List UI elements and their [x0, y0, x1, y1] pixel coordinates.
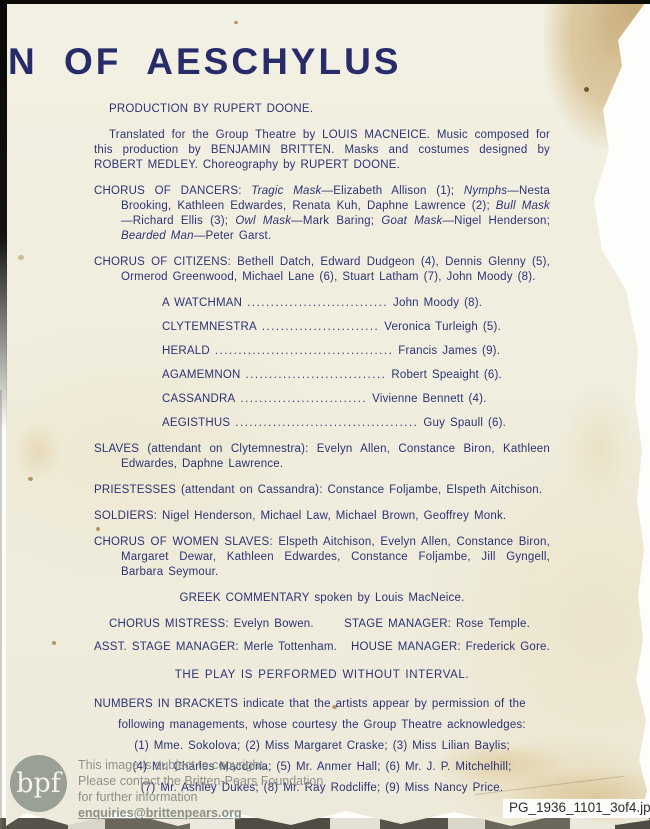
cast-role: CASSANDRA	[162, 393, 235, 405]
enquiries-email-link[interactable]: enquiries@brittenpears.org	[78, 805, 242, 821]
cast-row-watchman: A WATCHMAN..............................…	[162, 296, 550, 311]
house-manager-credit: HOUSE MANAGER: Frederick Gore.	[351, 640, 550, 655]
cast-row-cassandra: CASSANDRA...........................Vivi…	[162, 392, 550, 407]
watermark-line-2: Please contact the Britten-Pears Foundat…	[78, 773, 323, 789]
cast-name: Francis James (9).	[398, 345, 500, 357]
paper-speck	[28, 477, 33, 481]
watermark-line-1: This image is subject to copyright.	[78, 757, 323, 773]
paper-edge-left-line	[0, 390, 2, 829]
stain-mid-right	[562, 381, 636, 511]
cast-role: CLYTEMNESTRA	[162, 321, 257, 333]
cast-name: John Moody (8).	[393, 297, 482, 309]
mask-name-italic: Owl Mask	[235, 215, 291, 227]
mask-name-italic: Goat Mask	[381, 215, 442, 227]
cast-name: Robert Speaight (6).	[391, 369, 502, 381]
scan-edge-top	[0, 0, 650, 4]
programme-content: PRODUCTION BY RUPERT DOONE. Translated f…	[94, 102, 550, 802]
scanned-programme-page: N OF AESCHYLUS PRODUCTION BY RUPERT DOON…	[0, 0, 650, 829]
credits-paragraph: Translated for the Group Theatre by LOUI…	[94, 128, 550, 173]
managements-line-1: (1) Mme. Sokolova; (2) Miss Margaret Cra…	[94, 739, 550, 754]
cast-row-clytemnestra: CLYTEMNESTRA.........................Ver…	[162, 320, 550, 335]
dot-leader: ..............................	[247, 297, 388, 309]
dancers-text: —Mark Baring;	[291, 215, 381, 227]
page-title: N OF AESCHYLUS	[8, 41, 401, 83]
paper-speck	[234, 21, 238, 24]
dancers-text: —Nigel Henderson;	[442, 215, 550, 227]
cast-role: AEGISTHUS	[162, 417, 230, 429]
no-interval-line: THE PLAY IS PERFORMED WITHOUT INTERVAL.	[94, 668, 550, 683]
numbers-note-line2: following managements, whose courtesy th…	[94, 718, 550, 733]
paper-speck	[52, 641, 56, 645]
dot-leader: ..............................	[245, 369, 386, 381]
paper-speck	[18, 255, 24, 260]
dancers-text: —Richard Ellis (3);	[121, 215, 235, 227]
stain-left	[14, 421, 62, 481]
production-credit: PRODUCTION BY RUPERT DOONE.	[94, 102, 550, 117]
staff-row-1: CHORUS MISTRESS: Evelyn Bowen. STAGE MAN…	[94, 617, 550, 632]
priestesses-paragraph: PRIESTESSES (attendant on Cassandra): Co…	[94, 483, 550, 498]
stage-manager-credit: STAGE MANAGER: Rose Temple.	[344, 617, 530, 632]
paper-sheet: N OF AESCHYLUS PRODUCTION BY RUPERT DOON…	[6, 3, 650, 829]
dot-leader: .......................................	[235, 417, 418, 429]
filename-label: PG_1936_1101_3of4.jpg	[503, 799, 650, 818]
cast-row-herald: HERALD..................................…	[162, 344, 550, 359]
cast-row-aegisthus: AEGISTHUS...............................…	[162, 416, 550, 431]
greek-commentary-line: GREEK COMMENTARY spoken by Louis MacNeic…	[94, 591, 550, 606]
scan-edge-left	[0, 0, 7, 430]
dancers-text: —Peter Garst.	[194, 230, 272, 242]
chorus-mistress-credit: CHORUS MISTRESS: Evelyn Bowen.	[109, 617, 314, 632]
dancers-text: —Elizabeth Allison (1);	[322, 185, 464, 197]
cast-name: Veronica Turleigh (5).	[384, 321, 501, 333]
watermark-line-3: for further information	[78, 789, 323, 805]
bpf-logo-text: bpf	[16, 770, 61, 797]
cast-name: Guy Spaull (6).	[423, 417, 506, 429]
stain-top-right-dark	[592, 3, 650, 61]
dancers-text: CHORUS OF DANCERS:	[94, 185, 251, 197]
mask-name-italic: Bearded Man	[121, 230, 194, 242]
dot-leader: ......................................	[215, 345, 393, 357]
mask-name-italic: Bull Mask	[496, 200, 550, 212]
dot-leader: ...........................	[240, 393, 367, 405]
stain-top-right	[544, 3, 650, 148]
bpf-logo: bpf	[10, 755, 67, 812]
cast-row-agamemnon: AGAMEMNON..............................R…	[162, 368, 550, 383]
chorus-citizens-paragraph: CHORUS OF CITIZENS: Bethell Datch, Edwar…	[94, 255, 550, 285]
cast-list: A WATCHMAN..............................…	[94, 296, 550, 431]
cast-role: A WATCHMAN	[162, 297, 242, 309]
slaves-paragraph: SLAVES (attendant on Clytemnestra): Evel…	[94, 442, 550, 472]
chorus-dancers-paragraph: CHORUS OF DANCERS: Tragic Mask—Elizabeth…	[94, 184, 550, 244]
soldiers-paragraph: SOLDIERS: Nigel Henderson, Michael Law, …	[94, 509, 550, 524]
paper-speck	[584, 87, 589, 92]
staff-row-2: ASST. STAGE MANAGER: Merle Tottenham. HO…	[94, 640, 550, 655]
copyright-watermark: bpf This image is subject to copyright. …	[10, 755, 323, 821]
cast-role: HERALD	[162, 345, 210, 357]
mask-name-italic: Tragic Mask	[251, 185, 321, 197]
watermark-text: This image is subject to copyright. Plea…	[78, 755, 323, 821]
numbers-note-line1: NUMBERS IN BRACKETS indicate that the ar…	[94, 697, 550, 712]
dot-leader: .........................	[262, 321, 379, 333]
women-slaves-paragraph: CHORUS OF WOMEN SLAVES: Elspeth Aitchiso…	[94, 535, 550, 580]
mask-name-italic: Nymphs	[464, 185, 507, 197]
asst-stage-manager-credit: ASST. STAGE MANAGER: Merle Tottenham.	[94, 640, 337, 655]
cast-role: AGAMEMNON	[162, 369, 240, 381]
cast-name: Vivienne Bennett (4).	[372, 393, 486, 405]
